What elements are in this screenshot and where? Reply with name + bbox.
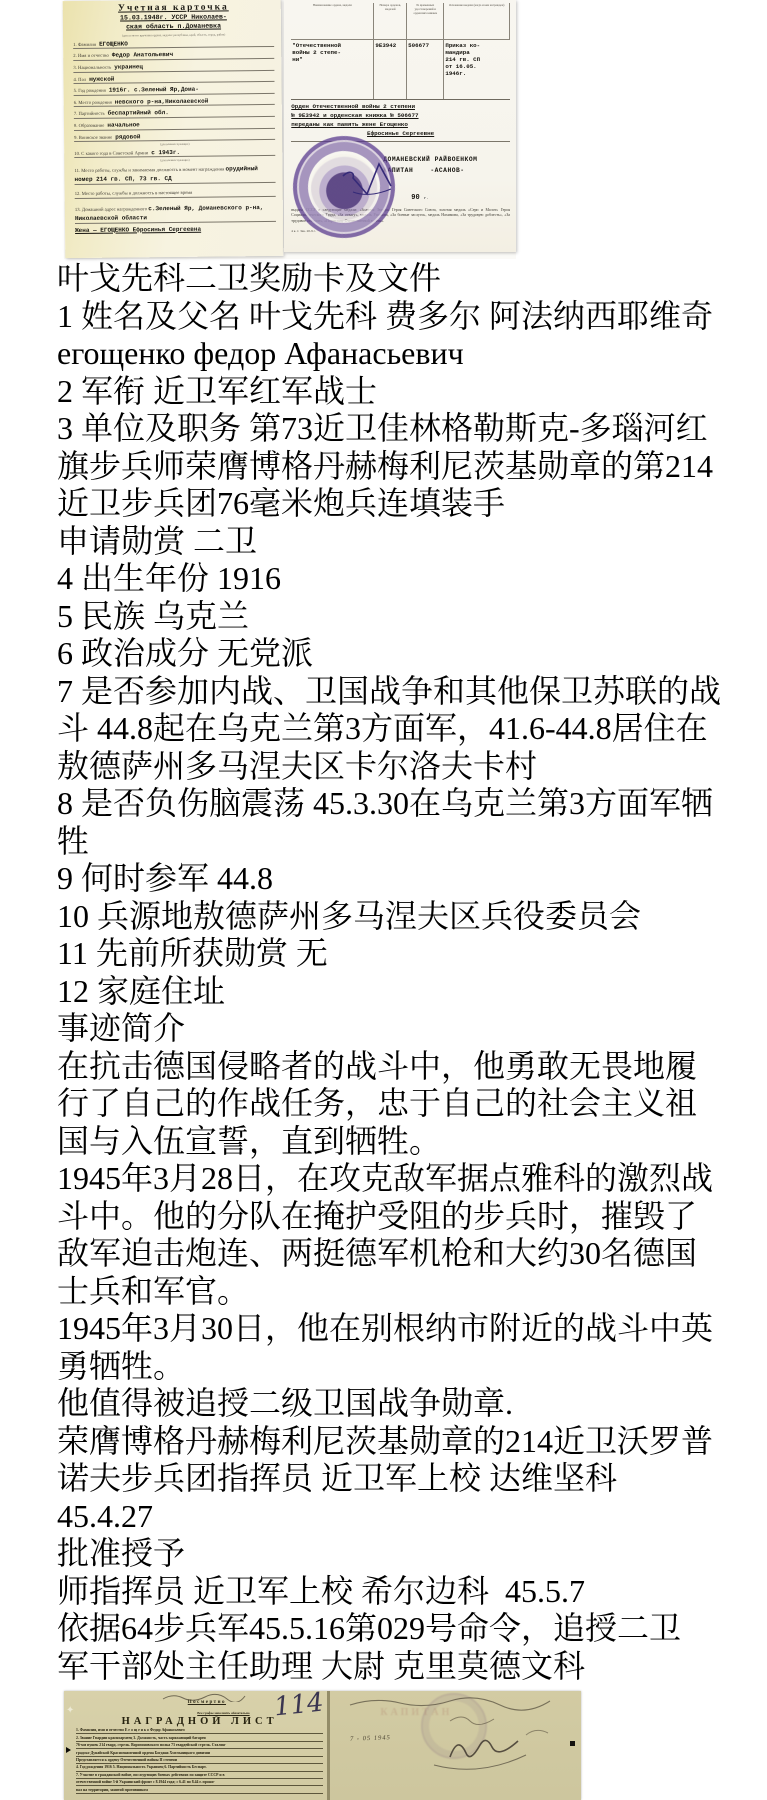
text-line: 10 兵源地敖德萨州多马涅夫区兵役委员会 [57, 898, 767, 936]
text-line: 45.4.27 [57, 1498, 767, 1536]
text-line: 荣膺博格丹赫梅利尼茨基勋章的214近卫沃罗普 [57, 1423, 767, 1461]
record-field: 3. Национальность украинец [73, 62, 274, 73]
order-number-cell: 9Е3942 [374, 40, 407, 99]
text-line: 8 是否负伤脑震荡 45.3.30在乌克兰第3方面军牺 [57, 785, 767, 823]
text-line: 师指挥员 近卫军上校 希尔边科 45.5.7 [57, 1573, 767, 1611]
translation-text: 叶戈先科二卫奖励卡及文件 1 姓名及父名 叶戈先科 费多尔 阿法纳西耶维奇 ег… [57, 260, 767, 1685]
text-line: 6 政治成分 无党派 [57, 635, 767, 673]
text-line: 1945年3月30日，他在别根纳市附近的战斗中英 [57, 1310, 767, 1348]
order-basis-cell: Приказ ко- мандира 214 гв. СП от 16.05. … [444, 40, 510, 99]
top-document-photo: Учетная карточка 15.03.1948г. УССР Никол… [64, 0, 516, 259]
form-line: 1. Фамилия, имя и отчество Е г о щ е н к… [76, 1728, 323, 1734]
record-field: 1. Фамилия ЕГОЩЕНКО [73, 39, 274, 50]
order-table: Наименование ордена, медали Номера орден… [291, 3, 510, 100]
text-line: 在抗击德国侵略者的战斗中，他勇敢无畏地履 [57, 1048, 767, 1086]
text-line: 2 军衔 近卫军红军战士 [57, 373, 767, 411]
ink-dot-icon [570, 1741, 575, 1746]
margin-arrow-icon [66, 1747, 71, 1753]
record-card-subtitle: 15.03.1948г. УССР Николаев- ская область… [73, 13, 274, 33]
form-line: градско-Дунайской Краснознаменной ордена… [76, 1751, 323, 1757]
text-line: 3 单位及职务 第73近卫佳林格勒斯克-多瑙河红 [57, 410, 767, 448]
form-line: 4. Год рождения 1916 5. Национальность У… [76, 1765, 323, 1771]
text-line: егощенко федор Афанасьевич [57, 335, 767, 373]
record-card-title: Учетная карточка [73, 2, 274, 14]
record-wife-line: Жена — ЕГОЩЕНКО Ефросинья Сергеевна [75, 225, 276, 234]
text-line: 旗步兵师荣膺博格丹赫梅利尼茨基勋章的第214 [57, 448, 767, 486]
text-line: 9 何时参军 44.8 [57, 860, 767, 898]
text-line: 依据64步兵军45.5.16第029号命令，追授二卫 [57, 1610, 767, 1648]
text-line: 他值得被追授二级卫国战争勋章. [57, 1385, 767, 1423]
text-line: 军干部处主任助理 大尉 克里莫德文科 [57, 1648, 767, 1686]
record-field: 6. Место рождения невского р-на,Николаев… [74, 97, 275, 108]
posthumous-label: Посмертно [188, 1700, 226, 1705]
text-line: 士兵和军官。 [57, 1273, 767, 1311]
text-line: 斗中。他的分队在掩护受阻的步兵时，摧毁了 [57, 1198, 767, 1236]
form-line: Представляется к ордену Отечественной во… [76, 1758, 323, 1764]
award-sheet-page: ✦ Посмертно 114 Все графы заполнять обяз… [64, 1691, 330, 1800]
text-line: 12 家庭住址 [57, 973, 767, 1011]
record-field-13: 13. Домашний адрес награжденного с.Зелен… [75, 203, 276, 224]
text-line: 7 是否参加内战、卫国战争和其他保卫苏联的战 [57, 673, 767, 711]
text-line: 敖德萨州多马涅夫区卡尔洛夫卡村 [57, 748, 767, 786]
text-line: 斗 44.8起在乌克兰第3方面军，41.6-44.8居住在 [57, 710, 767, 748]
handwritten-number: 114 [272, 1691, 324, 1721]
award-sheet-back-page: КАПИТАН 7 - 05 1945 [330, 1691, 581, 1800]
order-name-cell: "Отечественной войны 2 степе- ни" [291, 40, 374, 99]
text-line: 近卫步兵团76毫米炮兵连填装手 [57, 485, 767, 523]
form-line: отечественной войне 3-й Украинский фронт… [76, 1780, 323, 1786]
text-line: 行了自己的作战任务，忠于自己的社会主义祖 [57, 1085, 767, 1123]
record-field: 5. Год рождения 1916г. с.Зеленый Яр,Дома… [74, 85, 275, 96]
text-line: 4 出生年份 1916 [57, 560, 767, 598]
watermark-star-icon: ✦ [66, 1705, 74, 1716]
text-line: 批准授予 [57, 1535, 767, 1573]
record-card-scan: Учетная карточка 15.03.1948г. УССР Никол… [63, 0, 284, 258]
record-mini-note: (для военнослужащих) [74, 157, 275, 163]
text-line: 敌军迫击炮连、两挺德军机枪和大约30名德国 [57, 1235, 767, 1273]
record-mini-note: (для военнослужащих) [74, 141, 275, 147]
form-line: 2. Звание Гвардии красноармеец 3. Должно… [76, 1736, 323, 1742]
record-field-11: 11. Место работы, службы и занимаемая до… [74, 164, 275, 185]
text-line: 事迹简介 [57, 1010, 767, 1048]
handwritten-date: 7 - 05 1945 [350, 1734, 391, 1742]
bottom-document-photo: ✦ Посмертно 114 Все графы заполнять обяз… [64, 1691, 581, 1800]
stamp-number: 90 г. [411, 194, 428, 202]
text-line: 11 先前所获勋赏 无 [57, 935, 767, 973]
doc-title: 叶戈先科二卫奖励卡及文件 [57, 260, 767, 298]
record-field: 8. Образование начальное [74, 120, 275, 131]
text-line: 勇牺牲。 [57, 1348, 767, 1386]
text-line: 5 民族 乌克兰 [57, 598, 767, 636]
record-field-12: 12. Место работы, службы и должность в н… [75, 189, 276, 199]
document-page: Учетная карточка 15.03.1948г. УССР Никол… [0, 0, 767, 1800]
order-transfer-note: Орден Отечественной войны 2 степени № 9Е… [291, 102, 510, 142]
text-line: 国与入伍宣誓，直到牺牲。 [57, 1123, 767, 1161]
order-book-cell: 506677 [407, 40, 444, 99]
text-line: 1945年3月28日，在攻克敌军据点雅科的激烈战 [57, 1160, 767, 1198]
signature-block: ДОМАНЕВСКИЙ РАЙВОЕНКОМ КАПИТАН -АСАНОВ- … [291, 142, 510, 204]
text-line: 诺夫步兵团指挥员 近卫军上校 达维坚科 [57, 1460, 767, 1498]
text-line: 申请勋赏 二卫 [57, 523, 767, 561]
record-card-hint: (дата и место вручения ордена, медали: р… [73, 32, 274, 38]
form-line: вал на территории, занятой противником [76, 1788, 323, 1794]
order-card-scan: Наименование ордена, медали Номера орден… [284, 0, 516, 252]
signature-icon [339, 156, 399, 200]
text-line: 1 姓名及父名 叶戈先科 费多尔 阿法纳西耶维奇 [57, 298, 767, 336]
record-field: 7. Партийность беспартийный обл. [74, 108, 275, 119]
record-field: 4. Пол мужской [73, 74, 274, 85]
record-field: 2. Имя и отчество Федор Анатольевич [73, 50, 274, 61]
text-line: 牲 [57, 823, 767, 861]
form-line: 76-мм пушек 214 гвард. стрелк. Воропонов… [76, 1743, 323, 1749]
form-line: 7. Участие в гражданской войне, последую… [76, 1773, 323, 1779]
